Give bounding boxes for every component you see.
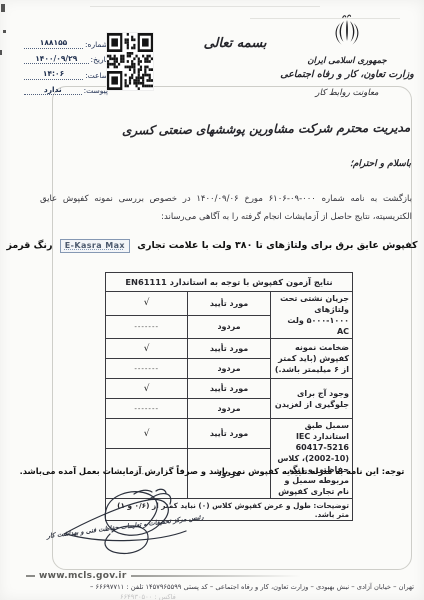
scan-artifact <box>3 30 6 33</box>
letter-meta-fields: شماره: ۱۸۸۱۵۵ تاریخ: ۱۴۰۰/۰۹/۲۹ ساعت: ۱۴… <box>24 33 108 95</box>
letter-attachment-label: پیوست: <box>84 86 108 95</box>
referenced-letter-number: ۶۱۰۶-۰۹-۰۰۰ <box>269 194 316 204</box>
approved-check-mark: √ <box>106 292 188 316</box>
table-title: نتایج آزمون کفپوش با توجه به استاندارد E… <box>106 273 353 292</box>
table-header-row: نتایج آزمون کفپوش با توجه به استاندارد E… <box>106 273 353 292</box>
scan-artifact <box>250 18 400 19</box>
letter-time-value: ۱۴:۰۶ <box>43 69 64 78</box>
table-row: ضخامت نمونه کفپوش (باید کمتر از ۶ میلیمت… <box>106 339 353 359</box>
letter-date-value: ۱۴۰۰/۰۹/۲۹ <box>35 54 77 63</box>
status-approved-label: مورد تأیید <box>188 419 270 449</box>
product-title-line: کفپوش عایق برق برای ولتاژهای تا ۳۸۰ ولت … <box>0 239 424 253</box>
qr-code-pattern <box>107 33 153 90</box>
letter-time-label: ساعت: <box>85 71 108 80</box>
status-approved-label: مورد تأیید <box>188 292 270 316</box>
scan-artifact <box>90 6 320 7</box>
approved-check-mark: √ <box>106 379 188 399</box>
ministry-header: جمهوری اسلامی ایران وزارت تعاون، کار و ر… <box>278 56 416 98</box>
scan-artifact <box>0 50 2 55</box>
footer-website-row: www.mcls.gov.ir <box>26 571 301 581</box>
letter-number-value: ۱۸۸۱۵۵ <box>40 38 67 47</box>
table-row: وجود آج برای جلوگیری از لغزیدن مورد تأیی… <box>106 379 353 399</box>
letter-date-label: تاریخ: <box>91 55 108 64</box>
ministry-name: وزارت تعاون، کار و رفاه اجتماعی <box>278 69 416 80</box>
footer-rule-left <box>26 575 35 577</box>
test-name: جریان نشتی تحت ولتاژهای ۱۰۰۰-۵۰۰۰ ولت AC <box>270 292 352 339</box>
iran-national-emblem-icon <box>329 12 365 52</box>
product-color: رنگ قرمز <box>6 240 52 251</box>
scan-artifact <box>1 4 5 12</box>
scanned-letter-page: جمهوری اسلامی ایران وزارت تعاون، کار و ر… <box>0 0 424 600</box>
footer-rule-right <box>131 575 301 577</box>
bismillah-text: بسمه تعالی <box>185 36 285 51</box>
body-text-pre: بازگشت به نامه شماره <box>316 194 412 204</box>
approved-check-mark: √ <box>106 419 188 449</box>
body-paragraph: بازگشت به نامه شماره ۶۱۰۶-۰۹-۰۰۰ مورخ ۱۴… <box>40 190 412 226</box>
notice-line: توجه: این نامه به منزله تاییدیه کفپوش نم… <box>0 466 424 476</box>
greeting-line: باسلام و احترام؛ <box>350 159 411 169</box>
status-rejected-label: مردود <box>188 399 270 419</box>
status-approved-label: مورد تأیید <box>188 379 270 399</box>
rejected-dash-mark: ------- <box>106 399 188 419</box>
status-rejected-label: مردود <box>188 359 270 379</box>
letter-attachment-field: پیوست: ندارد <box>24 80 108 96</box>
footer-address: تهران – خیابان آزادی – نبش بهبودی – وزار… <box>64 583 414 591</box>
rejected-dash-mark: ------- <box>106 315 188 339</box>
rejected-dash-mark: ------- <box>106 359 188 379</box>
letter-date-field: تاریخ: ۱۴۰۰/۰۹/۲۹ <box>24 49 108 65</box>
test-name: سمبل طبق استاندارد IEC 60417-5216 (2002-… <box>270 419 352 499</box>
status-approved-label: مورد تأیید <box>188 339 270 359</box>
letter-attachment-value: ندارد <box>44 85 62 94</box>
qr-code-icon <box>107 33 153 90</box>
approved-check-mark: √ <box>106 339 188 359</box>
footer-fax: فاکس : ۶۶۴۹۳۰۵۰۰ <box>120 593 176 600</box>
deputy-name: معاونت روابط کار <box>278 88 416 98</box>
website-url: www.mcls.gov.ir <box>39 571 127 581</box>
test-name: وجود آج برای جلوگیری از لغزیدن <box>270 379 352 419</box>
product-description-pre: کفپوش عایق برق برای ولتاژهای تا ۳۸۰ ولت … <box>137 240 417 251</box>
government-name: جمهوری اسلامی ایران <box>278 56 416 66</box>
table-row: جریان نشتی تحت ولتاژهای ۱۰۰۰-۵۰۰۰ ولت AC… <box>106 292 353 316</box>
brand-logo: E-Kasra Max <box>60 239 130 253</box>
table-row: سمبل طبق استاندارد IEC 60417-5216 (2002-… <box>106 419 353 449</box>
status-rejected-label: مردود <box>188 315 270 339</box>
test-name: ضخامت نمونه کفپوش (باید کمتر از ۶ میلیمت… <box>270 339 352 379</box>
signature-block: رئیس مرکز تحقیقات و تعلیمات حفاظت فنی و … <box>48 482 208 564</box>
